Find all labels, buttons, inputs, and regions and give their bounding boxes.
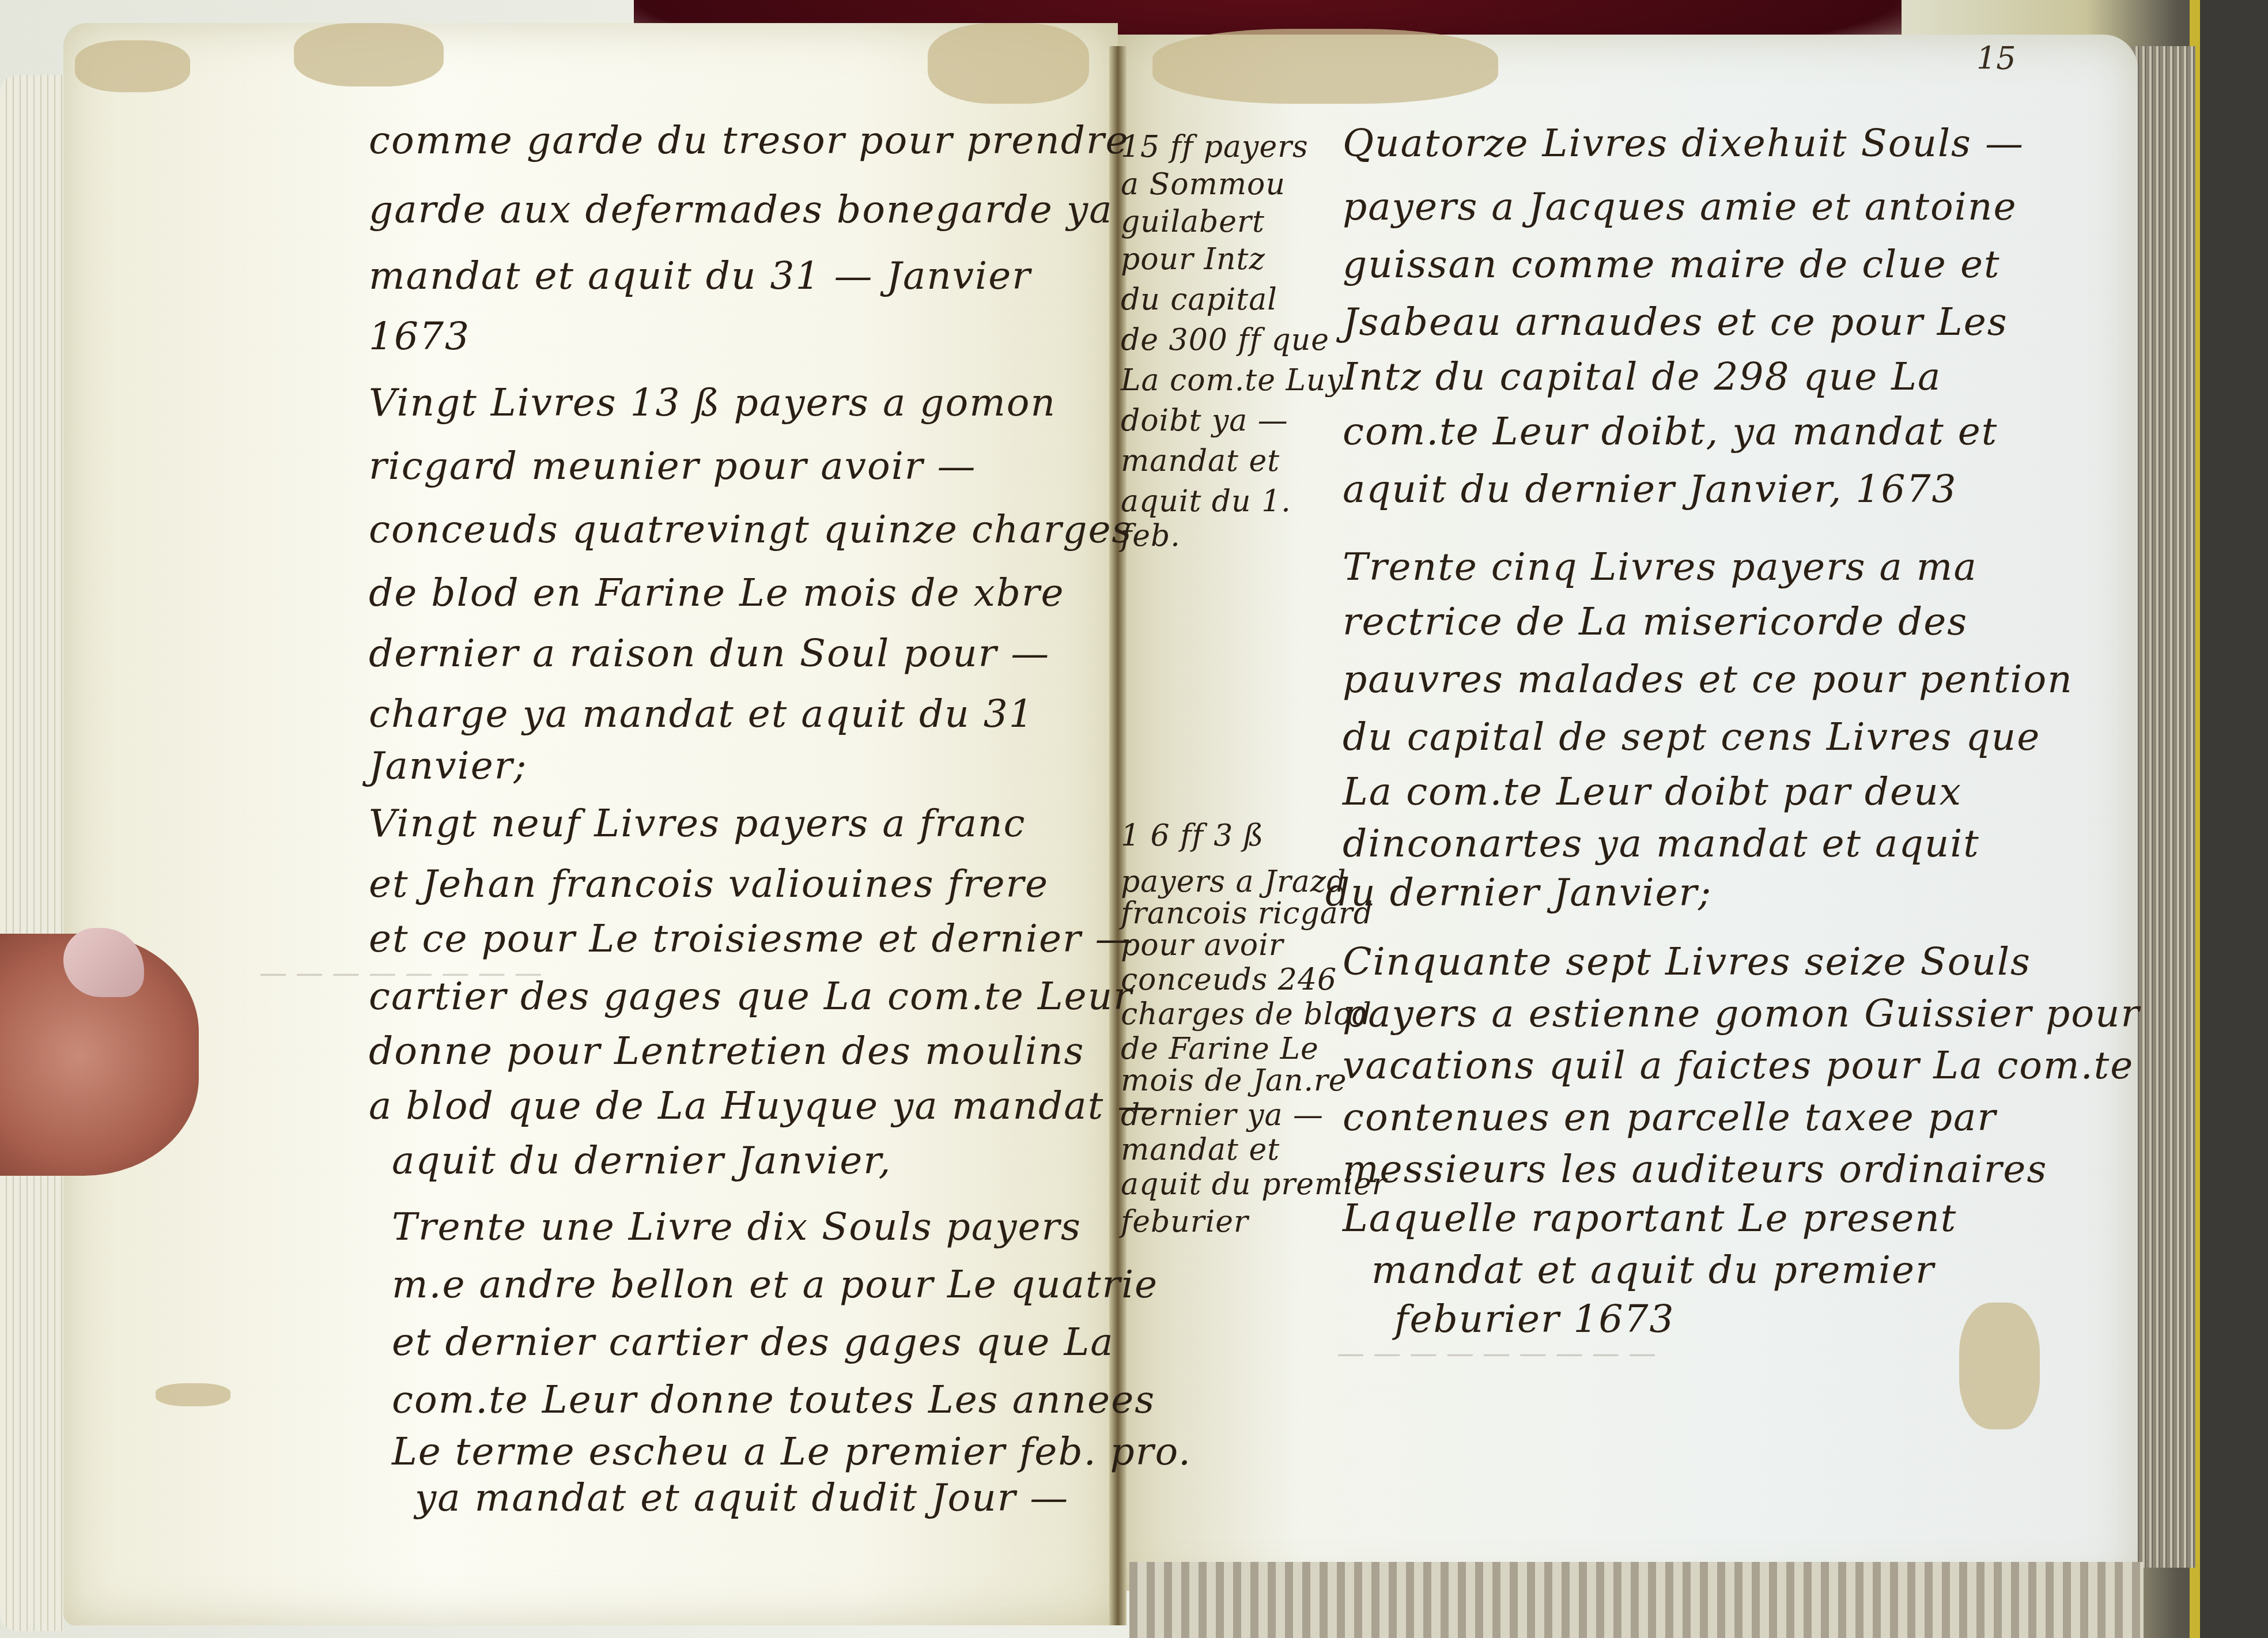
text-line: rectrice de La misericorde des [1343, 599, 1968, 644]
text-line: mandat et aquit du premier [1371, 1248, 1935, 1292]
margin-line: 1 6 ff 3 ß [1121, 818, 1264, 853]
margin-line: guilabert [1121, 205, 1265, 239]
folio-number: 15 [1976, 40, 2016, 77]
worm-damage [75, 40, 190, 92]
text-line: La com.te Leur doibt par deux [1343, 769, 1962, 814]
text-line: com.te Leur doibt, ya mandat et [1343, 409, 1998, 454]
worm-damage [294, 23, 444, 86]
text-line: conceuds quatrevingt quinze charges [369, 507, 1132, 552]
margin-line: 15 ff payers [1121, 130, 1309, 164]
worm-damage [1959, 1303, 2040, 1429]
text-line: aquit du dernier Janvier, 1673 [1343, 467, 1957, 511]
margin-line: doibt ya — [1121, 403, 1288, 438]
right-page-stack [2132, 46, 2195, 1568]
text-line: m.e andre bellon et a pour Le quatrie [392, 1262, 1158, 1307]
text-line: feburier 1673 [1394, 1297, 1674, 1341]
text-line: du capital de sept cens Livres que [1343, 715, 2040, 759]
text-line: du dernier Janvier; [1325, 870, 1712, 915]
text-line: Quatorze Livres dixehuit Souls — [1343, 121, 2024, 165]
text-line: comme garde du tresor pour prendre [369, 118, 1129, 163]
text-line: cartier des gages que La com.te Leur [369, 974, 1133, 1018]
text-line: Laquelle raportant Le present [1343, 1196, 1957, 1240]
margin-line: pour Intz [1121, 242, 1265, 277]
text-line: ya mandat et aquit dudit Jour — [415, 1475, 1069, 1520]
margin-line: La com.te Luy [1121, 363, 1344, 398]
text-line: de blod en Farine Le mois de xbre [369, 571, 1065, 615]
page-bottom-edge [1129, 1562, 2144, 1638]
margin-line: de 300 ff que [1121, 323, 1329, 357]
text-line: mandat et aquit du 31 — Janvier [369, 254, 1031, 298]
text-line: dernier a raison dun Soul pour — [369, 631, 1050, 675]
margin-line: aquit du 1. [1121, 484, 1291, 519]
margin-line: de Farine Le [1121, 1032, 1319, 1066]
text-line: Intz du capital de 298 que La [1343, 354, 1941, 399]
text-line: pauvres malades et ce pour pention [1343, 657, 2073, 701]
text-line: payers a estienne gomon Guissier pour [1343, 991, 2140, 1036]
text-line: vacations quil a faictes pour La com.te [1343, 1043, 2134, 1088]
margin-line: mandat et [1121, 444, 1280, 478]
margin-line: charges de blod [1121, 997, 1372, 1032]
text-line: charge ya mandat et aquit du 31 [369, 692, 1034, 736]
margin-line: feburier [1121, 1205, 1249, 1239]
text-line: Vingt Livres 13 ß payers a gomon [369, 380, 1056, 425]
text-line: Vingt neuf Livres payers a franc [369, 801, 1026, 846]
bleed-through-text: — — — — — — — — — [1337, 1337, 1656, 1369]
dark-background-right [2200, 0, 2268, 1638]
margin-line: du capital [1121, 282, 1277, 317]
margin-line: mandat et [1121, 1133, 1280, 1167]
text-line: garde aux defermades bonegarde ya [369, 187, 1113, 232]
left-page-stack [0, 75, 63, 1631]
worm-damage [1152, 29, 1498, 104]
text-line: dinconartes ya mandat et aquit [1343, 821, 1980, 866]
text-line: 1673 [369, 314, 470, 358]
text-line: Cinquante sept Livres seize Souls [1343, 939, 2031, 984]
margin-line: pour avoir [1121, 928, 1284, 963]
margin-line: dernier ya — [1121, 1098, 1324, 1133]
margin-line: conceuds 246 [1121, 963, 1337, 997]
margin-line: payers a Jrazd [1121, 865, 1346, 899]
text-line: Trente une Livre dix Souls payers [392, 1205, 1082, 1249]
text-line: ricgard meunier pour avoir — [369, 444, 976, 488]
margin-line: feb. [1121, 519, 1181, 553]
worm-damage [156, 1383, 230, 1406]
text-line: Janvier; [369, 743, 528, 788]
text-line: Le terme escheu a Le premier feb. pro. [392, 1429, 1192, 1474]
text-line: aquit du dernier Janvier, [392, 1138, 892, 1183]
text-line: et Jehan francois valiouines frere [369, 862, 1049, 906]
text-line: contenues en parcelle taxee par [1343, 1095, 1997, 1139]
margin-line: mois de Jan.re [1121, 1063, 1347, 1098]
text-line: et ce pour Le troisiesme et dernier — [369, 916, 1135, 961]
text-line: a blod que de La Huyque ya mandat — [369, 1084, 1156, 1128]
text-line: messieurs les auditeurs ordinaires [1343, 1147, 2047, 1191]
text-line: Trente cinq Livres payers a ma [1343, 545, 1978, 589]
margin-line: a Sommou [1121, 167, 1286, 202]
text-line: et dernier cartier des gages que La [392, 1320, 1114, 1364]
text-line: payers a Jacques amie et antoine [1343, 184, 2017, 229]
text-line: guissan comme maire de clue et [1343, 242, 2000, 286]
text-line: Jsabeau arnaudes et ce pour Les [1343, 300, 2008, 344]
text-line: com.te Leur donne toutes Les annees [392, 1377, 1155, 1422]
text-line: donne pour Lentretien des moulins [369, 1029, 1084, 1073]
worm-damage [928, 23, 1089, 104]
